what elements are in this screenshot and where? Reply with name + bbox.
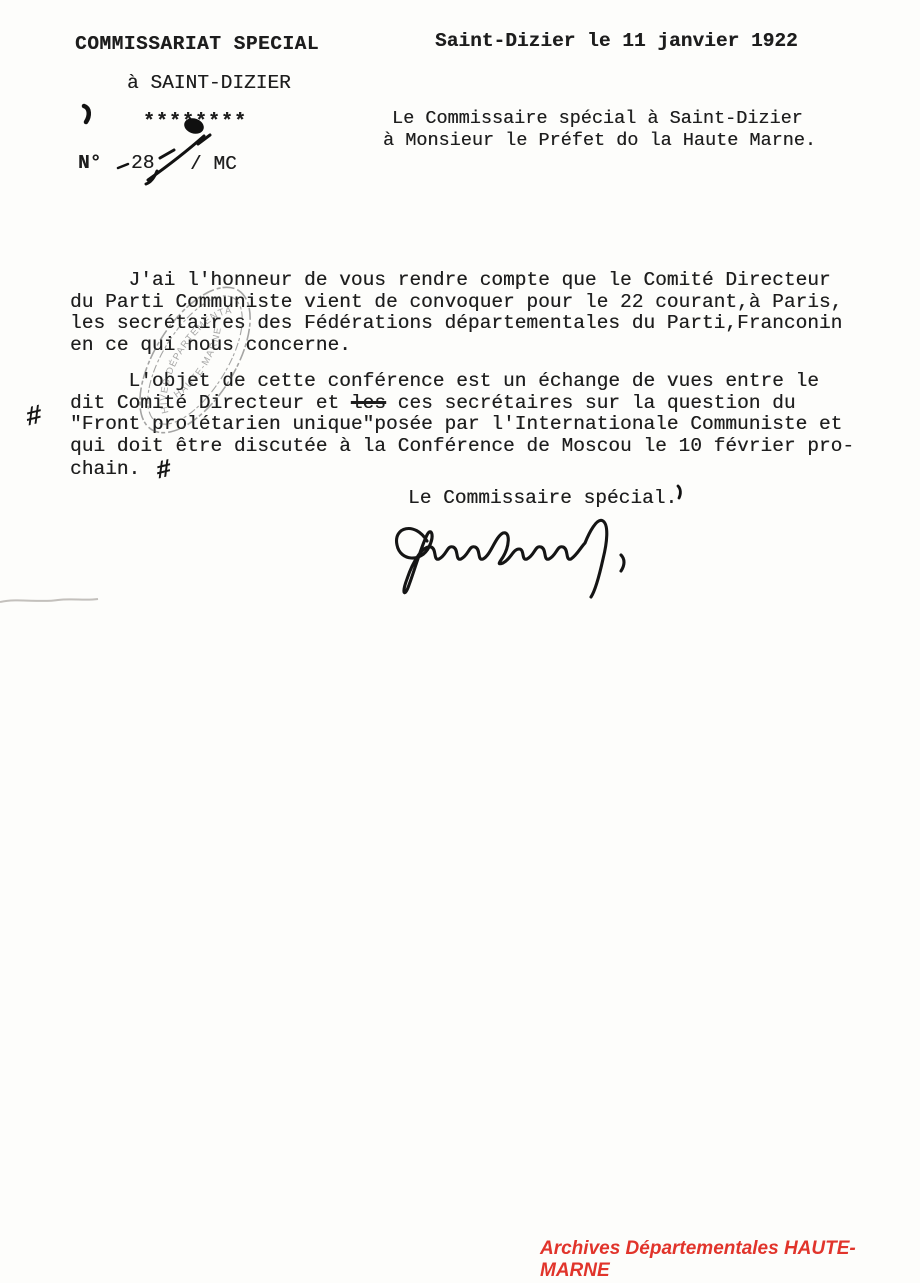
body-line: J'ai l'honneur de vous rendre compte que… [70, 270, 842, 292]
body-line: dit Comité Directeur et les ces secrétai… [70, 393, 854, 415]
body-text: chain. [70, 458, 140, 480]
sender-line: Le Commissaire spécial à Saint-Dizier [392, 108, 803, 129]
body-line: "Front prolétarien unique"posée par l'In… [70, 414, 854, 436]
body-text: ces secrétaires sur la question du [386, 392, 796, 414]
handwritten-margin-mark: # [25, 401, 43, 435]
handwritten-signature [385, 503, 685, 613]
pen-tick-mark [84, 106, 89, 122]
pen-marks-overlay [0, 0, 920, 1283]
body-line: les secrétaires des Fédérations départem… [70, 313, 842, 335]
recipient-line: à Monsieur le Préfet do la Haute Marne. [383, 130, 816, 151]
reference-number-value: 28 [131, 152, 154, 174]
handwritten-insert-mark: # [156, 458, 172, 483]
body-line: qui doit être discutée à la Conférence d… [70, 436, 854, 458]
letterhead-office: COMMISSARIAT SPECIAL [75, 33, 319, 55]
pencil-edge-line [0, 599, 98, 602]
reference-number-label: N° [78, 152, 101, 174]
body-line: du Parti Communiste vient de convoquer p… [70, 292, 842, 314]
body-text: dit Comité Directeur et [70, 392, 351, 414]
scanned-letter-page: COMMISSARIAT SPECIAL à SAINT-DIZIER ****… [0, 0, 920, 1283]
paragraph-1: J'ai l'honneur de vous rendre compte que… [70, 270, 842, 356]
paragraph-2: L'objet de cette conférence est un échan… [70, 371, 854, 481]
body-line: L'objet de cette conférence est un échan… [70, 371, 854, 393]
struck-word: les [351, 392, 386, 414]
archive-credit-text: Archives Départementales HAUTE-MARNE [540, 1238, 920, 1282]
stray-apostrophe-mark [678, 486, 680, 498]
pen-arrow-flick [198, 135, 210, 144]
body-line: chain.# [70, 457, 854, 481]
reference-number-suffix: / MC [190, 153, 237, 175]
letterhead-separator: ******** [143, 111, 247, 134]
pen-small-dash [118, 164, 128, 168]
closing-line: Le Commissaire spécial. [408, 487, 677, 509]
letterhead-place: à SAINT-DIZIER [127, 72, 291, 94]
body-line: en ce qui nous concerne. [70, 335, 842, 357]
dateline: Saint-Dizier le 11 janvier 1922 [435, 30, 798, 52]
pen-short-dash [160, 150, 174, 158]
